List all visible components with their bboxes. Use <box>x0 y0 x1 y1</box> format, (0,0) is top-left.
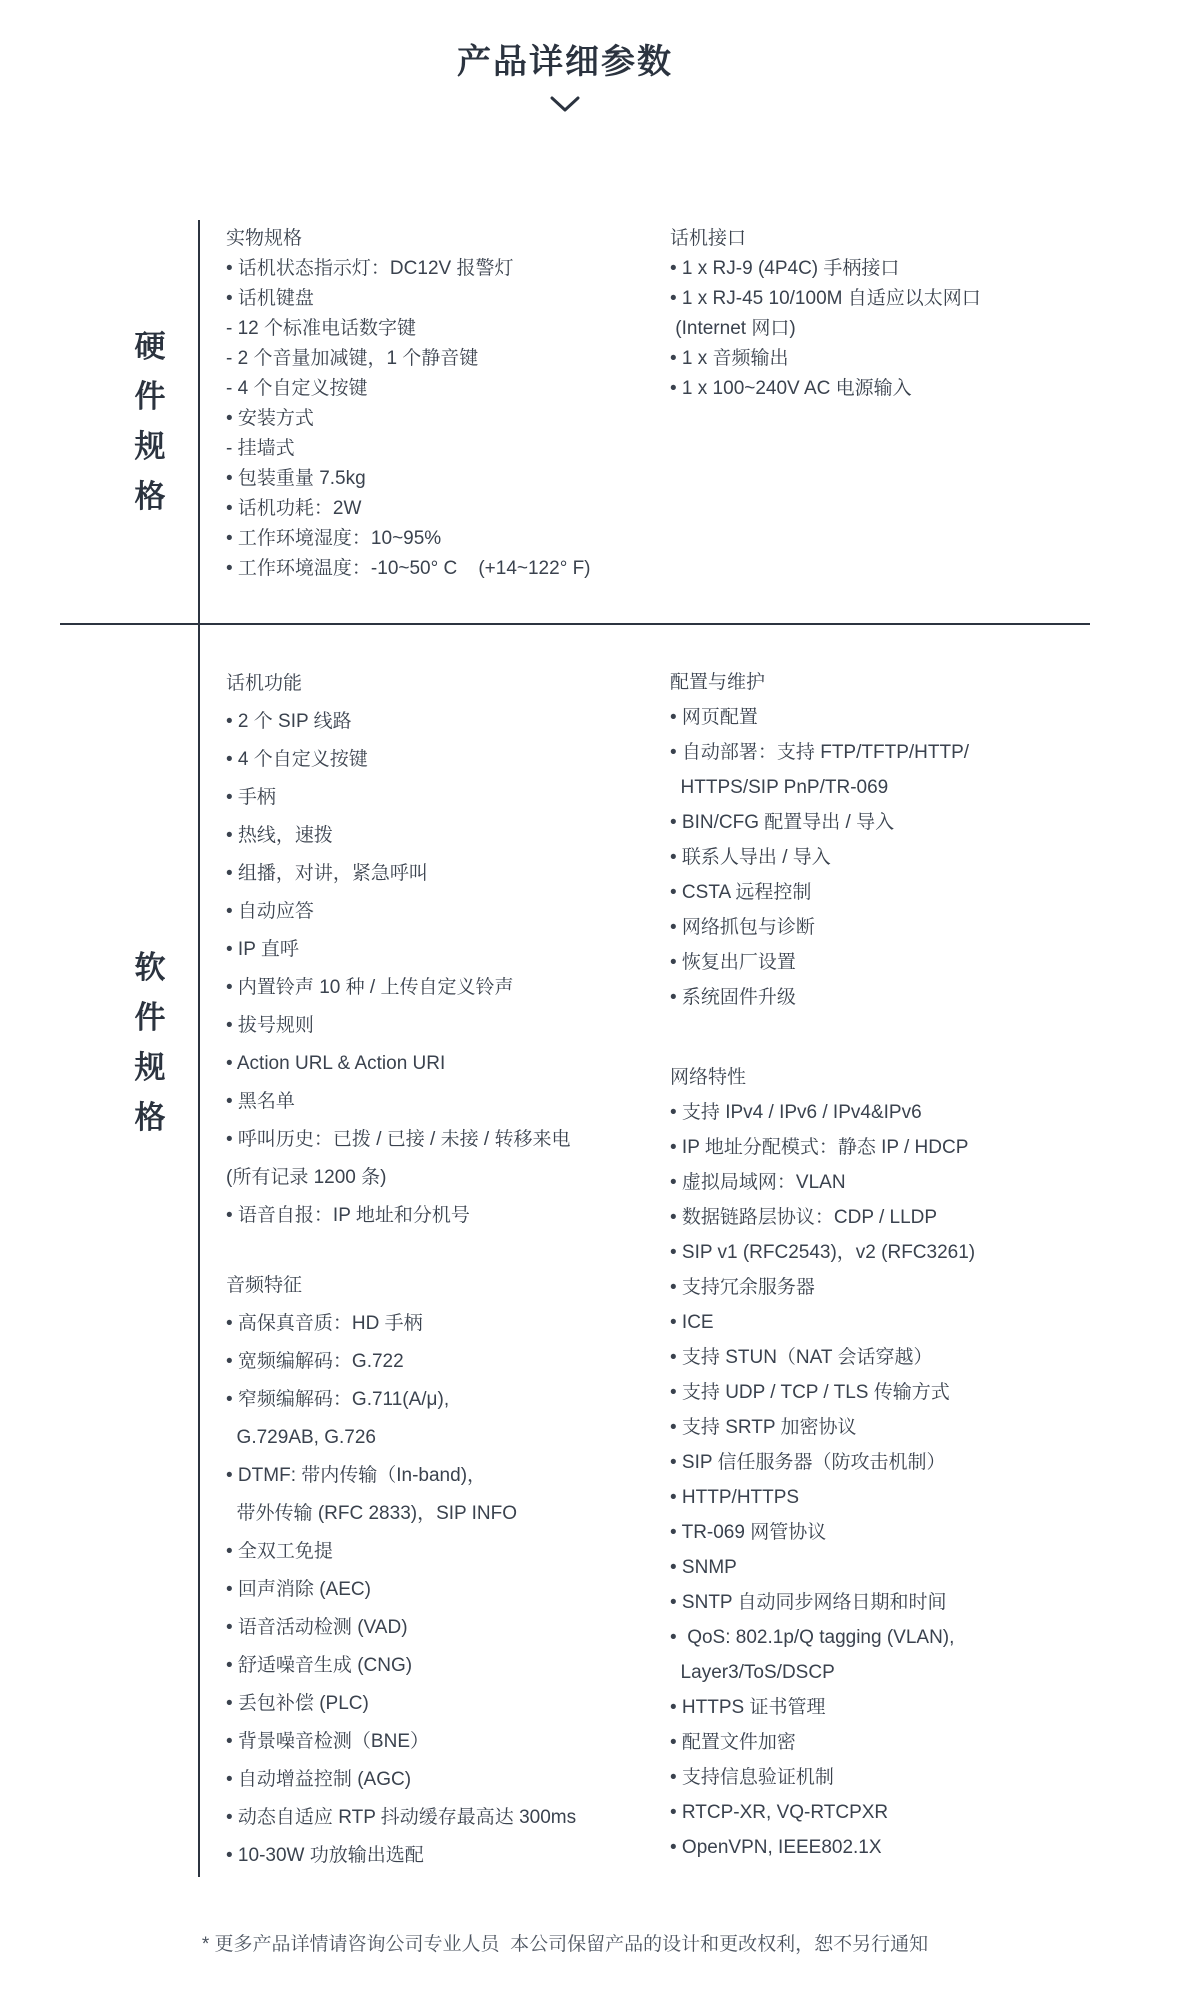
spec-item: • 窄频编解码：G.711(A/μ), <box>226 1381 670 1419</box>
spec-item: • 热线，速拨 <box>226 817 670 855</box>
spec-item: • Action URL & Action URI <box>226 1045 670 1083</box>
spec-item: • 1 x RJ-9 (4P4C) 手柄接口 <box>670 254 1130 284</box>
spec-item: • 支持 UDP / TCP / TLS 传输方式 <box>670 1375 1130 1410</box>
spec-item: • 自动增益控制 (AGC) <box>226 1761 670 1799</box>
section-label-char: 件 <box>130 993 170 1043</box>
spec-item: • 呼叫历史：已拨 / 已接 / 未接 / 转移来电 <box>226 1121 670 1159</box>
spec-item: • SIP v1 (RFC2543)，v2 (RFC3261) <box>670 1235 1130 1270</box>
spec-item: • 10-30W 功放输出选配 <box>226 1837 670 1875</box>
spec-item: • QoS: 802.1p/Q tagging (VLAN), <box>670 1620 1130 1655</box>
group-heading: 话机功能 <box>226 665 670 703</box>
spec-item: - 12 个标准电话数字键 <box>226 314 670 344</box>
spec-item: • SNMP <box>670 1550 1130 1585</box>
spec-item: • OpenVPN, IEEE802.1X <box>670 1830 1130 1865</box>
spec-item: • SNTP 自动同步网络日期和时间 <box>670 1585 1130 1620</box>
section-label-char: 格 <box>130 472 170 522</box>
software-spec-body: 话机功能• 2 个 SIP 线路• 4 个自定义按键• 手柄• 热线，速拨• 组… <box>198 625 1130 1877</box>
spec-group: 话机接口• 1 x RJ-9 (4P4C) 手柄接口• 1 x RJ-45 10… <box>670 224 1130 404</box>
spec-item: (Internet 网口) <box>670 314 1130 344</box>
spec-item: • 组播，对讲，紧急呼叫 <box>226 855 670 893</box>
spec-item: • 恢复出厂设置 <box>670 945 1130 980</box>
spec-item: • IP 地址分配模式：静态 IP / HDCP <box>670 1130 1130 1165</box>
spec-item: • 语音自报：IP 地址和分机号 <box>226 1197 670 1235</box>
section-label-hardware: 硬件规格 <box>0 220 198 623</box>
spec-item: • 系统固件升级 <box>670 980 1130 1015</box>
spec-item: • HTTP/HTTPS <box>670 1480 1130 1515</box>
spec-item: • HTTPS 证书管理 <box>670 1690 1130 1725</box>
spec-group: 配置与维护• 网页配置• 自动部署：支持 FTP/TFTP/HTTP/ HTTP… <box>670 665 1130 1015</box>
spec-item: • 手柄 <box>226 779 670 817</box>
group-heading: 配置与维护 <box>670 665 1130 700</box>
spec-item: • 支持冗余服务器 <box>670 1270 1130 1305</box>
spec-item: • 宽频编解码：G.722 <box>226 1343 670 1381</box>
spec-item: • 1 x RJ-45 10/100M 自适应以太网口 <box>670 284 1130 314</box>
spec-item: • 工作环境湿度：10~95% <box>226 524 670 554</box>
section-label-software: 软件规格 <box>0 625 198 1877</box>
spec-item: • TR-069 网管协议 <box>670 1515 1130 1550</box>
spec-item: • 虚拟局域网：VLAN <box>670 1165 1130 1200</box>
spec-item: - 挂墙式 <box>226 434 670 464</box>
spec-item: • 包装重量 7.5kg <box>226 464 670 494</box>
spec-column: 话机功能• 2 个 SIP 线路• 4 个自定义按键• 手柄• 热线，速拨• 组… <box>226 665 670 1875</box>
spec-group: 音频特征• 高保真音质：HD 手柄• 宽频编解码：G.722• 窄频编解码：G.… <box>226 1267 670 1875</box>
spec-column: 配置与维护• 网页配置• 自动部署：支持 FTP/TFTP/HTTP/ HTTP… <box>670 665 1130 1875</box>
spec-item: - 4 个自定义按键 <box>226 374 670 404</box>
spec-item: • 支持信息验证机制 <box>670 1760 1130 1795</box>
spec-item: Layer3/ToS/DSCP <box>670 1655 1130 1690</box>
spec-item: • 内置铃声 10 种 / 上传自定义铃声 <box>226 969 670 1007</box>
spec-item: 带外传输 (RFC 2833)，SIP INFO <box>226 1495 670 1533</box>
hardware-spec-body: 实物规格• 话机状态指示灯：DC12V 报警灯• 话机键盘- 12 个标准电话数… <box>198 220 1130 623</box>
spec-item: • SIP 信任服务器（防攻击机制） <box>670 1445 1130 1480</box>
group-heading: 音频特征 <box>226 1267 670 1305</box>
spec-item: • 话机键盘 <box>226 284 670 314</box>
spec-item: • 背景噪音检测（BNE） <box>226 1723 670 1761</box>
spec-item: • ICE <box>670 1305 1130 1340</box>
page-title: 产品详细参数 <box>0 0 1130 84</box>
section-label-char: 软 <box>130 943 170 993</box>
spec-item: • 支持 STUN（NAT 会话穿越） <box>670 1340 1130 1375</box>
group-heading: 实物规格 <box>226 224 670 254</box>
spec-item: • 拔号规则 <box>226 1007 670 1045</box>
product-spec-page: 产品详细参数 硬件规格 实物规格• 话机状态指示灯：DC12V 报警灯• 话机键… <box>0 0 1130 2000</box>
spec-item: • 黑名单 <box>226 1083 670 1121</box>
section-label-char: 规 <box>130 1043 170 1093</box>
spec-item: HTTPS/SIP PnP/TR-069 <box>670 770 1130 805</box>
spec-item: • IP 直呼 <box>226 931 670 969</box>
section-label-char: 规 <box>130 422 170 472</box>
spec-item: - 2 个音量加减键，1 个静音键 <box>226 344 670 374</box>
section-software: 软件规格 话机功能• 2 个 SIP 线路• 4 个自定义按键• 手柄• 热线，… <box>0 625 1130 1877</box>
spec-item: • 配置文件加密 <box>670 1725 1130 1760</box>
spec-item: • 网络抓包与诊断 <box>670 910 1130 945</box>
spec-group: 实物规格• 话机状态指示灯：DC12V 报警灯• 话机键盘- 12 个标准电话数… <box>226 224 670 584</box>
spec-item: G.729AB, G.726 <box>226 1419 670 1457</box>
spec-item: • BIN/CFG 配置导出 / 导入 <box>670 805 1130 840</box>
chevron-down-icon <box>0 96 1130 114</box>
spec-item: • 自动应答 <box>226 893 670 931</box>
spec-item: • 联系人导出 / 导入 <box>670 840 1130 875</box>
spec-item: • 数据链路层协议：CDP / LLDP <box>670 1200 1130 1235</box>
spec-item: • 自动部署：支持 FTP/TFTP/HTTP/ <box>670 735 1130 770</box>
spec-item: • 工作环境温度：-10~50° C (+14~122° F) <box>226 554 670 584</box>
spec-column: 话机接口• 1 x RJ-9 (4P4C) 手柄接口• 1 x RJ-45 10… <box>670 224 1130 584</box>
spec-item: • 支持 SRTP 加密协议 <box>670 1410 1130 1445</box>
spec-item: • CSTA 远程控制 <box>670 875 1130 910</box>
spec-item: • 1 x 100~240V AC 电源输入 <box>670 374 1130 404</box>
spec-item: • 话机功耗：2W <box>226 494 670 524</box>
spec-item: • RTCP-XR, VQ-RTCPXR <box>670 1795 1130 1830</box>
section-label-char: 格 <box>130 1093 170 1143</box>
spec-item: • 1 x 音频输出 <box>670 344 1130 374</box>
spec-item: • 丢包补偿 (PLC) <box>226 1685 670 1723</box>
spec-group: 网络特性• 支持 IPv4 / IPv6 / IPv4&IPv6• IP 地址分… <box>670 1060 1130 1865</box>
section-hardware: 硬件规格 实物规格• 话机状态指示灯：DC12V 报警灯• 话机键盘- 12 个… <box>0 220 1130 623</box>
section-label-char: 硬 <box>130 322 170 372</box>
spec-item: • 舒适噪音生成 (CNG) <box>226 1647 670 1685</box>
spec-item: • 回声消除 (AEC) <box>226 1571 670 1609</box>
spec-item: (所有记录 1200 条) <box>226 1159 670 1197</box>
footer-note: * 更多产品详情请咨询公司专业人员 本公司保留产品的设计和更改权利，恕不另行通知 <box>0 1931 1130 1959</box>
spec-item: • 支持 IPv4 / IPv6 / IPv4&IPv6 <box>670 1095 1130 1130</box>
spec-item: • 网页配置 <box>670 700 1130 735</box>
spec-item: • 2 个 SIP 线路 <box>226 703 670 741</box>
spec-item: • 安装方式 <box>226 404 670 434</box>
section-label-char: 件 <box>130 372 170 422</box>
group-heading: 网络特性 <box>670 1060 1130 1095</box>
spec-item: • 全双工免提 <box>226 1533 670 1571</box>
spec-item: • 动态自适应 RTP 抖动缓存最高达 300ms <box>226 1799 670 1837</box>
spec-column: 实物规格• 话机状态指示灯：DC12V 报警灯• 话机键盘- 12 个标准电话数… <box>226 224 670 584</box>
spec-item: • 语音活动检测 (VAD) <box>226 1609 670 1647</box>
spec-item: • 高保真音质：HD 手柄 <box>226 1305 670 1343</box>
group-heading: 话机接口 <box>670 224 1130 254</box>
spec-item: • 话机状态指示灯：DC12V 报警灯 <box>226 254 670 284</box>
spec-group: 话机功能• 2 个 SIP 线路• 4 个自定义按键• 手柄• 热线，速拨• 组… <box>226 665 670 1235</box>
spec-item: • 4 个自定义按键 <box>226 741 670 779</box>
spec-item: • DTMF: 带内传输（In-band)， <box>226 1457 670 1495</box>
